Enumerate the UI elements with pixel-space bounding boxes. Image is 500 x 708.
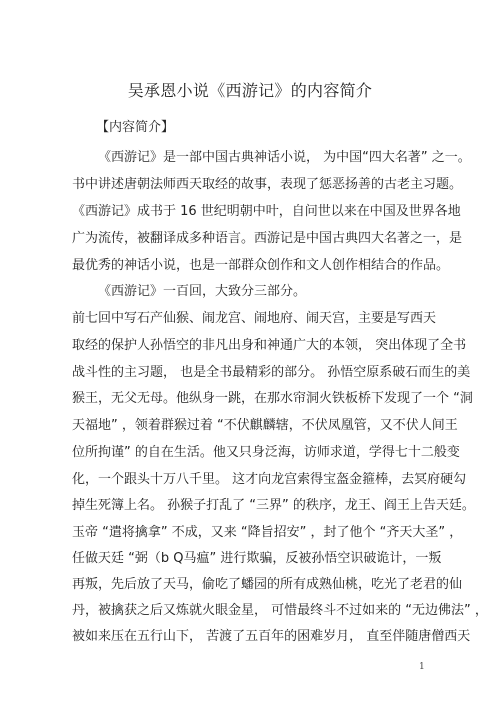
paragraph-line: 天福地” ，领着群猴过着 “不伏麒麟辖，不伏凤凰管，又不伏人间王: [72, 418, 458, 434]
document-page: 吴承恩小说《西游记》的内容简介 【内容简介】 《西游记》是一部中国古典神话小说，…: [0, 0, 500, 708]
paragraph-line: 被如来压在五行山下， 苦渡了五百年的困难岁月， 直至伴随唐僧西天: [72, 629, 470, 645]
paragraph-line: 书中讲述唐朝法师西天取经的故事，表现了惩恶扬善的古老主习题。: [72, 177, 462, 193]
paragraph-line: 猴王，无父无母。他纵身一跳，在那水帘洞火铁板桥下发现了一个 “洞: [72, 391, 473, 407]
paragraph-line: 丹，被擒获之后又炼就火眼金星， 可惜最终斗不过如来的 “无边佛法” ，: [72, 603, 488, 619]
paragraph-line: 再叛，先后放了天马，偷吃了蟠园的所有成熟仙桃，吃光了老君的仙: [72, 577, 462, 593]
paragraph-line: 掉生死簿上名。 孙猴子打乱了 “三界” 的秩序，龙王、阎王上告天廷。: [72, 498, 475, 514]
paragraph-line: 广为流传，被翻译成多种语言。西游记是中国古典四大名著之一，是: [72, 231, 462, 247]
section-heading: 【内容简介】: [96, 120, 174, 136]
paragraph-line: 《西游记》一百回，大致分三部分。: [98, 284, 306, 300]
paragraph-line: 任做天廷 “弼（b Q马瘟” 进行欺骗，反被孙悟空识破诡计，一叛: [72, 551, 441, 567]
paragraph-line: 前七回中写石产仙猴、闹龙宫、闹地府、闹天宫，主要是写西天: [72, 311, 436, 327]
document-title: 吴承恩小说《西游记》的内容简介: [0, 78, 500, 101]
paragraph-line: 位所拘谨” 的自在生活。他又只身泛海，访师求道，学得七十二般变: [72, 445, 460, 461]
paragraph-line: 取经的保护人孙悟空的非凡出身和神通广大的本领， 突出体现了全书: [72, 338, 466, 354]
paragraph-line: 最优秀的神话小说，也是一部群众创作和文人创作相结合的作品。: [72, 258, 449, 274]
paragraph-line: 化，一个跟头十万八千里。 这才向龙宫索得宝盔金箍棒，去冥府硬勾: [72, 472, 466, 488]
paragraph-line: 《西游记》是一部中国古典神话小说， 为中国“四大名著” 之一。: [98, 150, 471, 166]
page-number: 1: [419, 662, 425, 672]
paragraph-line: 玉帝 “遣将擒拿” 不成，又来 “降旨招安” ，封了他个 “齐天大圣” ，: [72, 525, 462, 541]
paragraph-line: 战斗性的主习题， 也是全书最精彩的部分。 孙悟空原系破石而生的美: [72, 365, 470, 381]
paragraph-line: 《西游记》成书于 16 世纪明朝中叶，自问世以来在中国及世界各地: [72, 204, 461, 220]
